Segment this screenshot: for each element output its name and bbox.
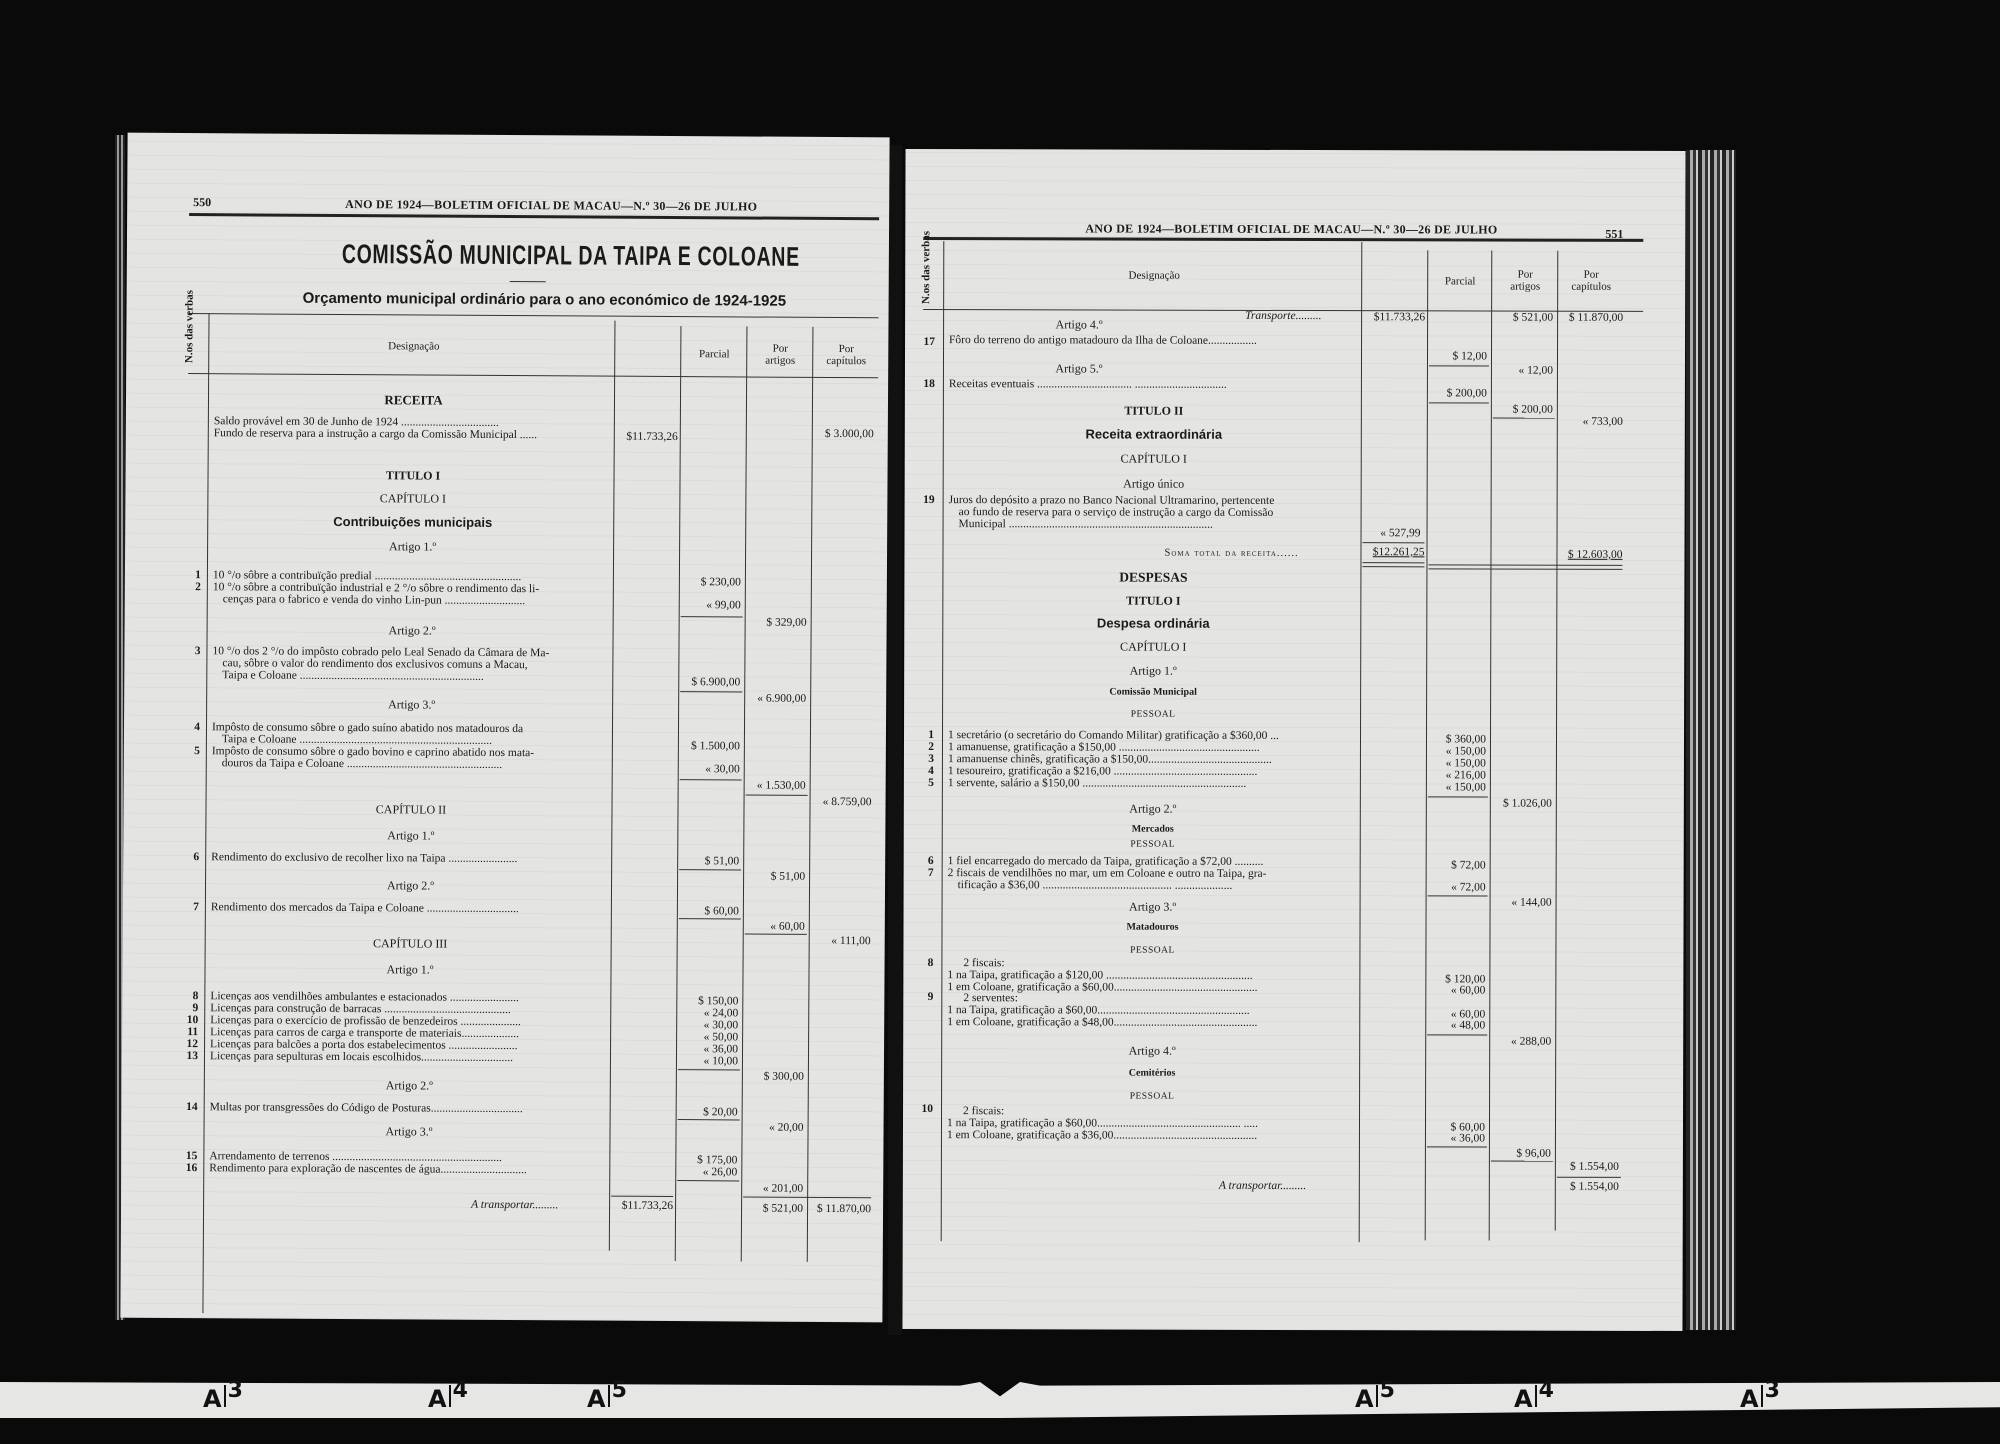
verba-text: douros da Taipa e Coloane ..............… xyxy=(222,757,502,771)
subtotal-rule xyxy=(1429,402,1489,403)
film-marker: A5 xyxy=(1355,1385,1380,1413)
verba-text: 2 fiscais: xyxy=(963,1105,1004,1117)
col-header-capitulos: Porcapítulos xyxy=(1559,269,1623,293)
soma-total-fundo: $12.261,25 xyxy=(1362,546,1424,558)
film-marker: A4 xyxy=(428,1385,453,1413)
verba-number: 5 xyxy=(918,777,934,789)
verba-parcial: « 24,00 xyxy=(678,1007,738,1019)
verba-parcial: « 216,00 xyxy=(1428,769,1486,781)
section-capitulo-2: CAPÍTULO II xyxy=(213,801,608,818)
col-divider-artigos xyxy=(1489,251,1493,1241)
verba-number: 10 xyxy=(917,1103,933,1115)
section-d-artigo-3: Artigo 3.º xyxy=(948,899,1358,915)
verba-parcial: « 26,00 xyxy=(677,1166,737,1178)
subtotal-rule xyxy=(679,918,741,919)
verba-number: 9 xyxy=(917,991,933,1003)
verba-number: 3 xyxy=(184,645,200,657)
verba-text: ao fundo de reserva para o serviço de in… xyxy=(959,506,1274,519)
verba-text: Municipal ..............................… xyxy=(959,518,1213,531)
verba-parcial: $ 51,00 xyxy=(679,855,739,867)
header-rule xyxy=(189,213,879,220)
verba-text: Rendimento do exclusivo de recolher lixo… xyxy=(211,851,517,865)
verba-parcial: « 50,00 xyxy=(678,1031,738,1043)
subtotal-rule xyxy=(1427,1146,1487,1147)
verba-number: 11 xyxy=(182,1026,198,1038)
verba-text: Rendimento para exploração de nascentes … xyxy=(209,1162,527,1176)
section-titulo-2: TITULO II xyxy=(949,403,1359,419)
col-header-num: N.os das verbas xyxy=(921,231,932,304)
verba-artigos: « 201,00 xyxy=(743,1182,803,1194)
col-divider-parcial xyxy=(675,326,682,1261)
col-divider-capitulos xyxy=(1555,251,1559,1231)
verba-artigos: « 20,00 xyxy=(744,1121,804,1133)
verba-number: 14 xyxy=(182,1101,198,1113)
header-rule xyxy=(923,237,1643,242)
film-marker: A3 xyxy=(203,1385,228,1413)
soma-total-label: Soma total da receita...... xyxy=(1164,548,1298,560)
section-d-capitulo-1: CAPÍTULO I xyxy=(948,639,1358,655)
subtotal-rule xyxy=(1428,796,1488,797)
transportar-fundo: $11.733,26 xyxy=(611,1200,673,1212)
verba-parcial: « 36,00 xyxy=(678,1043,738,1055)
section-artigo-3: Artigo 3.º xyxy=(214,696,609,713)
verba-number: 8 xyxy=(917,957,933,969)
verba-number: 19 xyxy=(919,494,935,506)
subtotal-rule xyxy=(1429,365,1489,366)
total-rule xyxy=(611,1196,673,1197)
verba-parcial: « 99,00 xyxy=(681,599,741,611)
verba-number: 6 xyxy=(918,855,934,867)
col-header-artigos: Porartigos xyxy=(748,342,812,366)
verba-text: Multas por transgressões do Código de Po… xyxy=(210,1101,523,1115)
section-artigo-2: Artigo 2.º xyxy=(215,622,610,639)
double-rule xyxy=(1362,562,1424,567)
verba-number: 2 xyxy=(185,581,201,593)
verba-text: cenças para o fabrico e venda do vinho L… xyxy=(223,593,526,607)
verba-parcial: $ 150,00 xyxy=(678,995,738,1007)
transporte-capitulos: $ 11.870,00 xyxy=(1559,312,1623,324)
section-receita-extraordinaria: Receita extraordinária xyxy=(949,426,1359,442)
section-despesas: DESPESAS xyxy=(948,569,1358,586)
verba-parcial: « 30,00 xyxy=(678,1019,738,1031)
col-divider-capitulos xyxy=(807,327,814,1262)
col-divider-num xyxy=(941,241,945,1241)
saldo-value: $ 3.000,00 xyxy=(814,428,874,440)
transporte-label: Transporte......... xyxy=(1245,310,1321,322)
verba-text: 2 fiscais de vendilhões no mar, um em Co… xyxy=(948,867,1267,880)
col-header-designacao: Designação xyxy=(949,269,1359,282)
microfilm-strip xyxy=(0,1382,2000,1418)
verba-text: 1 na Taipa, gratificação a $60,00.......… xyxy=(947,1117,1258,1130)
verba-text: 1 fiel encarregado do mercado da Taipa, … xyxy=(948,855,1264,868)
verba-parcial: $ 72,00 xyxy=(1428,859,1486,871)
verba-parcial: « 150,00 xyxy=(1428,757,1486,769)
section-artigo-4: Artigo 4.º xyxy=(949,317,1209,333)
col-header-num: N.os das verbas xyxy=(184,290,195,363)
capitulo-1-total: $ 1.554,00 xyxy=(1557,1161,1619,1173)
verba-parcial: « 48,00 xyxy=(1427,1019,1485,1031)
fundo-value: $11.733,26 xyxy=(616,431,678,443)
section-d-artigo-2: Artigo 2.º xyxy=(948,801,1358,817)
transportar-capitulos: $ 1.554,00 xyxy=(1557,1181,1619,1193)
verba-number: 12 xyxy=(182,1038,198,1050)
transportar-capitulos: $ 11.870,00 xyxy=(809,1203,871,1215)
verba-number: 4 xyxy=(918,765,934,777)
artigo-2-total: « 144,00 xyxy=(1492,897,1552,909)
verba-text: 1 tesoureiro, gratificação a $216,00 ...… xyxy=(948,765,1258,778)
table-header-rule xyxy=(188,373,878,378)
section-capitulo-1: CAPÍTULO I xyxy=(215,490,610,507)
verba-parcial: $ 20,00 xyxy=(678,1106,738,1118)
section-artigo-5: Artigo 5.º xyxy=(949,361,1209,377)
verba-text: tificação a $36,00 .....................… xyxy=(958,879,1233,892)
col-header-parcial: Parcial xyxy=(682,348,746,360)
verba-parcial: « 72,00 xyxy=(1428,881,1486,893)
subtotal-rule xyxy=(681,616,743,617)
verba-number: 16 xyxy=(181,1162,197,1174)
section-artigo-unico: Artigo único xyxy=(949,476,1359,492)
artigo-1-total: $ 1.026,00 xyxy=(1492,798,1552,810)
verba-text: 1 na Taipa, gratificação a $60,00.......… xyxy=(947,1004,1249,1017)
col-header-artigos: Porartigos xyxy=(1493,269,1557,293)
verba-capitulos: « 733,00 xyxy=(1559,416,1623,428)
verba-parcial: $ 175,00 xyxy=(677,1154,737,1166)
verba-text: 1 amanuense, gratificação a $150,00 ....… xyxy=(948,741,1260,754)
verba-text: 2 fiscais: xyxy=(963,957,1004,969)
transporte-fundo: $11.733,26 xyxy=(1363,311,1425,323)
verba-artigos: « 60,00 xyxy=(745,920,805,932)
film-marker: A5 xyxy=(587,1385,612,1413)
verba-number: 13 xyxy=(182,1050,198,1062)
verba-number: 4 xyxy=(184,721,200,733)
verba-parcial: « 150,00 xyxy=(1428,745,1486,757)
fundo-label: Fundo de reserva para a instrução a carg… xyxy=(214,427,537,441)
verba-number: 3 xyxy=(918,753,934,765)
verba-number: 18 xyxy=(919,378,935,390)
verba-text: 2 serventes: xyxy=(963,992,1018,1004)
section-cap3-artigo-1: Artigo 1.º xyxy=(212,961,607,978)
subtotal-rule xyxy=(745,933,807,934)
transportar-label: A transportar......... xyxy=(1219,1180,1306,1192)
running-header: ANO DE 1924—BOLETIM OFICIAL DE MACAU—N.º… xyxy=(345,197,757,215)
section-receita: RECEITA xyxy=(216,391,611,409)
verba-artigos: $ 329,00 xyxy=(747,616,807,628)
col-divider-fundo xyxy=(609,321,616,1251)
section-comissao-municipal: Comissão Municipal xyxy=(948,686,1358,698)
section-capitulo-1: CAPÍTULO I xyxy=(949,451,1359,467)
total-rule xyxy=(1363,542,1425,543)
section-d-titulo-1: TITULO I xyxy=(948,593,1358,609)
running-header: ANO DE 1924—BOLETIM OFICIAL DE MACAU—N.º… xyxy=(1085,221,1497,237)
transporte-artigos: $ 521,00 xyxy=(1493,312,1553,324)
subtotal-rule xyxy=(677,1180,739,1181)
section-mercados: Mercados xyxy=(948,823,1358,835)
section-pessoal: PESSOAL xyxy=(948,709,1358,720)
right-book-edge xyxy=(1686,150,1736,1330)
left-page-550: 550 ANO DE 1924—BOLETIM OFICIAL DE MACAU… xyxy=(120,133,889,1323)
verba-text: 1 secretário (o secretário do Comando Mi… xyxy=(948,729,1279,742)
verba-number: 1 xyxy=(918,729,934,741)
transportar-artigos: $ 521,00 xyxy=(743,1202,803,1214)
verba-text: Juros do depósito a prazo no Banco Nacio… xyxy=(949,494,1275,507)
verba-capitulos: « 8.759,00 xyxy=(812,796,872,808)
section-cap2-artigo-1: Artigo 1.º xyxy=(213,827,608,844)
verba-text: 1 amanuense chinês, gratificação a $150,… xyxy=(948,753,1272,766)
artigo-4-total: $ 96,00 xyxy=(1491,1148,1551,1160)
subtotal-rule xyxy=(1427,1034,1487,1035)
verba-number: 9 xyxy=(182,1002,198,1014)
verba-parcial: $ 230,00 xyxy=(681,576,741,588)
verba-text: 1 na Taipa, gratificação a $120,00 .....… xyxy=(947,969,1252,982)
subtotal-rule xyxy=(1491,1161,1553,1162)
verba-parcial: $ 6.900,00 xyxy=(680,676,740,688)
verba-number: 7 xyxy=(183,901,199,913)
verba-text: 1 em Coloane, gratificação a $48,00.....… xyxy=(947,1016,1257,1029)
title-divider xyxy=(510,281,546,282)
subtotal-rule xyxy=(678,1119,740,1120)
total-rule xyxy=(1557,1177,1621,1178)
artigo-3-total: « 288,00 xyxy=(1491,1036,1551,1048)
film-marker: A3 xyxy=(1740,1385,1765,1413)
section-matadouros: Matadouros xyxy=(947,921,1357,933)
verba-parcial: « 60,00 xyxy=(1427,984,1485,996)
section-pessoal: PESSOAL xyxy=(948,839,1358,850)
section-d-artigo-4: Artigo 4.º xyxy=(947,1043,1357,1059)
verba-number: 5 xyxy=(184,745,200,757)
book-gutter xyxy=(888,145,902,1335)
verba-artigos: $ 51,00 xyxy=(745,870,805,882)
subtotal-rule xyxy=(1428,895,1488,896)
table-top-rule xyxy=(189,313,879,318)
subtotal-rule xyxy=(680,691,742,692)
verba-parcial: « 30,00 xyxy=(680,763,740,775)
verba-parcial: $ 60,00 xyxy=(679,905,739,917)
subtotal-rule xyxy=(1493,418,1555,419)
section-despesa-ordinaria: Despesa ordinária xyxy=(948,615,1358,631)
col-divider-fundo xyxy=(1359,242,1363,1242)
subtotal-rule xyxy=(680,779,742,780)
verba-text: 1 em Coloane, gratificação a $36,00.....… xyxy=(947,1129,1257,1142)
verba-parcial: $ 360,00 xyxy=(1428,733,1486,745)
subtotal-rule xyxy=(746,794,808,795)
transportar-label: A transportar......... xyxy=(471,1199,558,1212)
page-number: 550 xyxy=(193,195,211,210)
section-artigo-1: Artigo 1.º xyxy=(215,538,610,555)
verba-text: 1 servente, salário a $150,00 ..........… xyxy=(948,777,1246,790)
verba-artigos: « 12,00 xyxy=(1493,365,1553,377)
verba-text: Rendimento dos mercados da Taipa e Coloa… xyxy=(211,901,519,915)
verba-number: 1 xyxy=(185,569,201,581)
verba-parcial: « 36,00 xyxy=(1427,1132,1485,1144)
section-contribuicoes: Contribuições municipais xyxy=(215,513,610,530)
verba-number: 6 xyxy=(183,851,199,863)
verba-text: Fôro do terreno do antigo matadouro da I… xyxy=(949,334,1257,347)
verba-text: Receitas eventuais .....................… xyxy=(949,378,1227,391)
film-marker: A4 xyxy=(1514,1385,1539,1413)
section-capitulo-3: CAPÍTULO III xyxy=(213,935,608,952)
verba-parcial: « 10,00 xyxy=(678,1055,738,1067)
verba-capitulos: « 111,00 xyxy=(811,935,871,947)
verba-artigos: « 6.900,00 xyxy=(746,692,806,704)
section-d-artigo-1: Artigo 1.º xyxy=(948,663,1358,679)
verba-number: 2 xyxy=(918,741,934,753)
verba-text: Taipa e Coloane ........................… xyxy=(222,669,484,683)
section-cemiterios: Cemitérios xyxy=(947,1067,1357,1079)
verba-parcial: $ 1.500,00 xyxy=(680,740,740,752)
section-cap3-artigo-3: Artigo 3.º xyxy=(211,1123,606,1140)
section-cap2-artigo-2: Artigo 2.º xyxy=(213,877,608,894)
section-pessoal: PESSOAL xyxy=(947,945,1357,956)
verba-number: 10 xyxy=(182,1014,198,1026)
verba-artigos: $ 200,00 xyxy=(1493,404,1553,416)
verba-parcial: « 150,00 xyxy=(1428,781,1486,793)
section-cap3-artigo-2: Artigo 2.º xyxy=(212,1077,607,1094)
double-rule xyxy=(1428,564,1622,570)
subtotal-rule xyxy=(679,869,741,870)
verba-parcial: $ 12,00 xyxy=(1429,350,1487,362)
subtotal-rule xyxy=(678,1069,740,1070)
soma-total-capitulos: $ 12.603,00 xyxy=(1558,549,1622,561)
verba-number: 15 xyxy=(181,1150,197,1162)
verba-number: 17 xyxy=(919,336,935,348)
col-header-parcial: Parcial xyxy=(1429,275,1491,287)
verba-number: 8 xyxy=(182,990,198,1002)
verba-fundo: « 527,99 xyxy=(1363,527,1421,539)
verba-number: 7 xyxy=(918,867,934,879)
right-page-551: ANO DE 1924—BOLETIM OFICIAL DE MACAU—N.º… xyxy=(902,149,1685,1331)
verba-parcial: $ 200,00 xyxy=(1429,387,1487,399)
col-header-capitulos: Porcapítulos xyxy=(814,343,878,367)
verba-artigos: $ 300,00 xyxy=(744,1070,804,1082)
verba-text: Licenças para sepulturas em locais escol… xyxy=(210,1050,513,1064)
section-titulo-1: TITULO I xyxy=(215,467,610,484)
document-subtitle: Orçamento municipal ordinário para o ano… xyxy=(303,290,787,310)
section-pessoal: PESSOAL xyxy=(947,1091,1357,1102)
verba-artigos: « 1.530,00 xyxy=(746,779,806,791)
document-title: COMISSÃO MUNICIPAL DA TAIPA E COLOANE xyxy=(342,239,666,272)
col-header-designacao: Designação xyxy=(216,339,611,353)
